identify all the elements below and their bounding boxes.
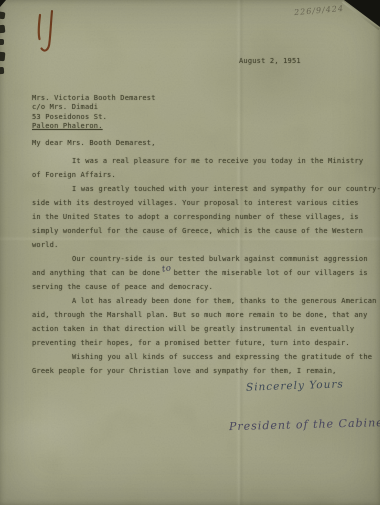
scanned-letter-photo: 226/9/424 August 2, 1951 Mrs. Victoria B… xyxy=(0,0,380,505)
body-line: of Foreign Affairs. xyxy=(32,168,366,182)
binding-mark xyxy=(0,39,4,45)
body-line: world. xyxy=(32,238,366,252)
date-line: August 2, 1951 xyxy=(239,57,301,65)
signature-title-handwritten: President of the Cabinet xyxy=(229,416,380,433)
binding-mark xyxy=(0,12,5,20)
body-line: Greek people for your Christian love and… xyxy=(32,364,366,378)
body-line: serving the cause of peace and democracy… xyxy=(32,280,366,294)
rust-pen-mark xyxy=(32,8,66,60)
recipient-line: Paleon Phaleron. xyxy=(32,122,366,131)
letter-text-block: Mrs. Victoria Booth Demarest c/o Mrs. Di… xyxy=(32,94,366,378)
body-line: aid, through the Marshall plan. But so m… xyxy=(32,308,366,322)
body-line-with-insertion: and anything that can be donetobetter th… xyxy=(32,266,366,280)
body-line: preventing their hopes, for a promised b… xyxy=(32,336,366,350)
body-line: Our country-side is our tested bulwark a… xyxy=(32,252,366,266)
recipient-block: Mrs. Victoria Booth Demarest c/o Mrs. Di… xyxy=(32,94,366,131)
body-line: Wishing you all kinds of success and exp… xyxy=(32,350,366,364)
body-line: A lot has already been done for them, th… xyxy=(32,294,366,308)
body-line: It was a real pleasure for me to receive… xyxy=(32,154,366,168)
binding-mark xyxy=(0,52,5,62)
recipient-line: 53 Poseidonos St. xyxy=(32,113,366,122)
body-text: and anything that can be done xyxy=(32,269,160,277)
body-line: action taken in that direction will be g… xyxy=(32,322,366,336)
salutation: My dear Mrs. Booth Demarest, xyxy=(32,139,366,148)
binding-mark xyxy=(0,25,5,34)
letter-page: 226/9/424 August 2, 1951 Mrs. Victoria B… xyxy=(0,0,380,505)
corner-fold xyxy=(342,1,380,30)
body-line: in the United States to adopt a correspo… xyxy=(32,210,366,224)
letter-body: It was a real pleasure for me to receive… xyxy=(32,154,366,378)
body-line: I was greatly touched with your interest… xyxy=(32,182,366,196)
recipient-line: Mrs. Victoria Booth Demarest xyxy=(32,94,366,103)
binding-mark xyxy=(0,67,4,74)
recipient-line: c/o Mrs. Dimadi xyxy=(32,103,366,112)
binding-marks xyxy=(0,12,10,74)
body-text: better the miserable lot of our villager… xyxy=(174,269,368,277)
body-line: simply wonderful for the cause of Greece… xyxy=(32,224,366,238)
closing-handwritten: Sincerely Yours xyxy=(246,378,344,393)
body-line: side with its destroyed villages. Your p… xyxy=(32,196,366,210)
archive-note: 226/9/424 xyxy=(294,4,345,17)
